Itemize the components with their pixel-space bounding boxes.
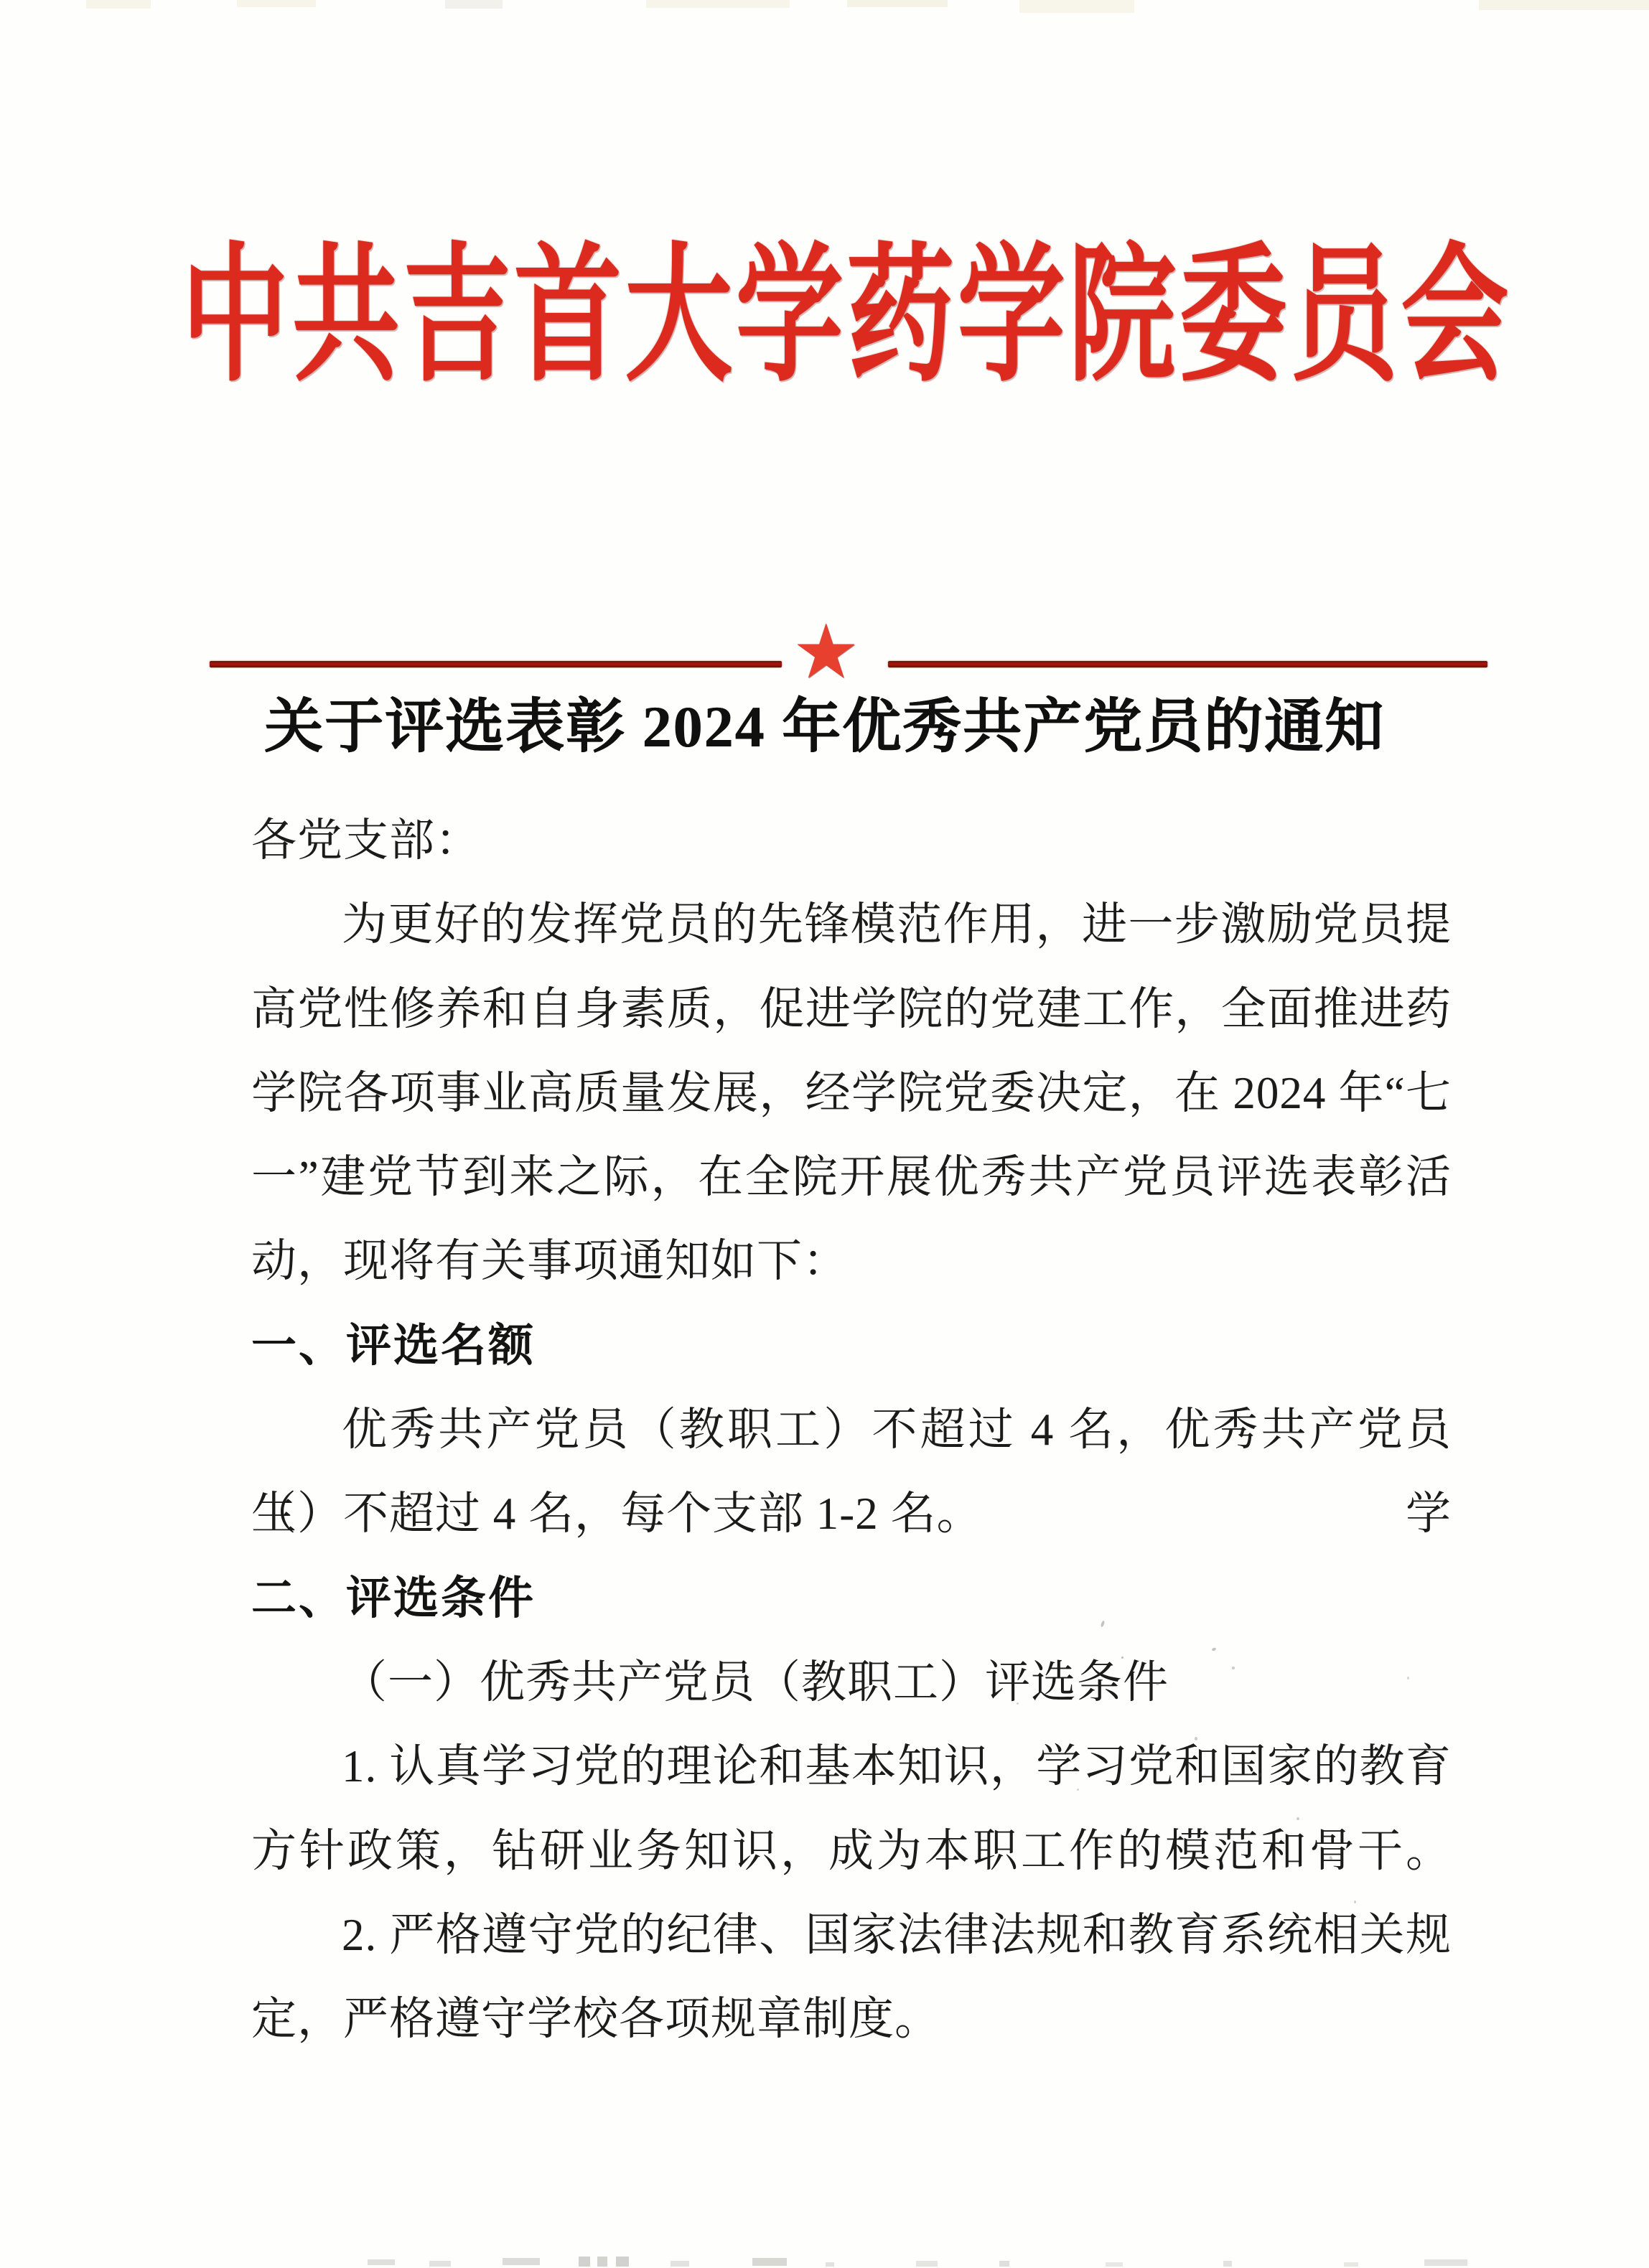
body-line: 优秀共产党员（教职工）不超过 4 名，优秀共产党员（学 [251, 1388, 1452, 1472]
notice-title: 关于评选表彰 2024 年优秀共产党员的通知 [0, 695, 1649, 759]
red-divider-right-line [888, 661, 1487, 667]
subsection-heading: （一）优秀共产党员（教职工）评选条件 [251, 1641, 1452, 1725]
salutation-line: 各党支部： [251, 799, 1452, 883]
body-line: 1. 认真学习党的理论和基本知识，学习党和国家的教育 [251, 1725, 1452, 1809]
body-line: 2. 严格遵守党的纪律、国家法律法规和教育系统相关规 [251, 1893, 1452, 1977]
section-heading-criteria: 二、评选条件 [251, 1557, 1452, 1641]
body-line: 动，现将有关事项通知如下： [251, 1219, 1452, 1303]
body-line: 一”建党节到来之际，在全院开展优秀共产党员评选表彰活 [251, 1135, 1452, 1219]
document-page: 中共吉首大学药学院委员会 ★ 关于评选表彰 2024 年优秀共产党员的通知 各党… [0, 0, 1649, 2268]
body-line: 高党性修养和自身素质，促进学院的党建工作，全面推进药 [251, 967, 1452, 1051]
star-icon: ★ [793, 614, 859, 689]
section-heading-quota: 一、评选名额 [251, 1304, 1452, 1388]
body-line: 学院各项事业高质量发展，经学院党委决定，在 2024 年“七 [251, 1051, 1452, 1135]
notice-body: 各党支部： 为更好的发挥党员的先锋模范作用，进一步激励党员提 高党性修养和自身素… [251, 799, 1452, 2061]
red-divider-left-line [210, 661, 782, 667]
body-line: 为更好的发挥党员的先锋模范作用，进一步激励党员提 [251, 883, 1452, 967]
body-line: 方针政策，钻研业务知识，成为本职工作的模范和骨干。 [251, 1809, 1452, 1893]
body-line: 定，严格遵守学校各项规章制度。 [251, 1977, 1452, 2061]
letterhead-org-name: 中共吉首大学药学院委员会 [182, 243, 1468, 391]
